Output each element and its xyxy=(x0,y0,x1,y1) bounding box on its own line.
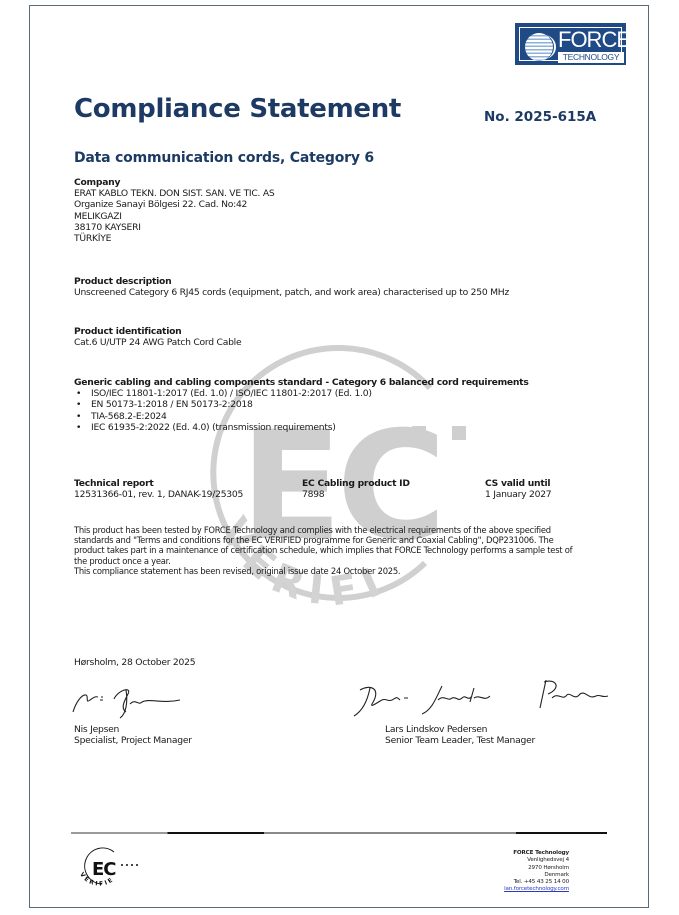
valid-until-value: 1 January 2027 xyxy=(485,489,551,500)
technical-report-label: Technical report xyxy=(74,478,243,489)
footer-street: Venlighedsvej 4 xyxy=(504,857,569,864)
signatory-title: Specialist, Project Manager xyxy=(74,735,192,746)
product-identification-label: Product identification xyxy=(74,326,241,337)
standard-item: EN 50173-1:2018 / EN 50173-2:2018 xyxy=(74,399,529,410)
technical-report-field: Technical report 12531366-01, rev. 1, DA… xyxy=(74,478,243,500)
product-description-value: Unscreened Category 6 RJ45 cords (equipm… xyxy=(74,287,509,298)
page-title: Compliance Statement xyxy=(74,94,401,124)
footer-country: Denmark xyxy=(504,872,569,879)
product-id-value: 7898 xyxy=(302,489,410,500)
company-line: MELIKGAZI xyxy=(74,211,275,222)
footer-address: FORCE Technology Venlighedsvej 4 2970 Hø… xyxy=(504,850,569,894)
standards-label: Generic cabling and cabling components s… xyxy=(74,377,529,388)
ec-verified-badge: EC VERIFIED xyxy=(70,844,170,894)
footer-company: FORCE Technology xyxy=(504,850,569,857)
revision-note: This compliance statement has been revis… xyxy=(74,566,572,576)
product-description-label: Product description xyxy=(74,276,509,287)
product-identification-value: Cat.6 U/UTP 24 AWG Patch Cord Cable xyxy=(74,337,241,348)
signatory-1: Nis Jepsen Specialist, Project Manager xyxy=(74,724,192,746)
footer-email-link[interactable]: lan.forcetechnology.com xyxy=(504,886,569,893)
svg-text:EC: EC xyxy=(92,859,116,880)
page-subtitle: Data communication cords, Category 6 xyxy=(74,149,374,167)
signatory-2: Lars Lindskov Pedersen Senior Team Leade… xyxy=(385,724,535,746)
signatory-name: Lars Lindskov Pedersen xyxy=(385,724,535,735)
product-id-label: EC Cabling product ID xyxy=(302,478,410,489)
signature-nis-jepsen xyxy=(70,682,210,722)
footer-city: 2970 Hørsholm xyxy=(504,865,569,872)
signatory-name: Nis Jepsen xyxy=(74,724,192,735)
standards-section: Generic cabling and cabling components s… xyxy=(74,377,529,433)
footer-divider xyxy=(71,832,607,834)
force-technology-logo: FORCE TECHNOLOGY xyxy=(515,23,626,65)
standard-item: IEC 61935-2:2022 (Ed. 4.0) (transmission… xyxy=(74,422,529,433)
signatory-title: Senior Team Leader, Test Manager xyxy=(385,735,535,746)
standards-list: ISO/IEC 11801-1:2017 (Ed. 1.0) / ISO/IEC… xyxy=(74,388,529,433)
signature-lars-lindskov-pedersen xyxy=(350,676,610,726)
company-label: Company xyxy=(74,177,275,188)
product-identification-section: Product identification Cat.6 U/UTP 24 AW… xyxy=(74,326,241,348)
valid-until-label: CS valid until xyxy=(485,478,551,489)
company-line: TÜRKİYE xyxy=(74,233,275,244)
valid-until-field: CS valid until 1 January 2027 xyxy=(485,478,551,500)
product-id-field: EC Cabling product ID 7898 xyxy=(302,478,410,500)
footer-phone: Tel. +45 43 25 14 00 xyxy=(504,879,569,886)
standard-item: ISO/IEC 11801-1:2017 (Ed. 1.0) / ISO/IEC… xyxy=(74,388,529,399)
statement-number: No. 2025-615A xyxy=(484,109,596,125)
standard-item: TIA-568.2-E:2024 xyxy=(74,411,529,422)
company-line: 38170 KAYSERI xyxy=(74,222,275,233)
statement-line: This product has been tested by FORCE Te… xyxy=(74,525,572,535)
statement-line: standards and "Terms and conditions for … xyxy=(74,535,572,545)
compliance-statement-page: FORCE TECHNOLOGY EC VERIFIED Compliance … xyxy=(29,5,649,908)
company-line: ERAT KABLO TEKN. DON SIST. SAN. VE TIC. … xyxy=(74,188,275,199)
logo-subtitle: TECHNOLOGY xyxy=(558,52,624,63)
company-section: Company ERAT KABLO TEKN. DON SIST. SAN. … xyxy=(74,177,275,244)
statement-paragraph: This product has been tested by FORCE Te… xyxy=(74,525,572,576)
statement-line: product takes part in a maintenance of c… xyxy=(74,545,572,555)
logo-wordmark: FORCE xyxy=(558,28,630,52)
company-line: Organize Sanayi Bölgesi 22. Cad. No:42 xyxy=(74,199,275,210)
statement-line: the product once a year. xyxy=(74,556,572,566)
technical-report-value: 12531366-01, rev. 1, DANAK-19/25305 xyxy=(74,489,243,500)
place-date: Hørsholm, 28 October 2025 xyxy=(74,657,195,668)
product-description-section: Product description Unscreened Category … xyxy=(74,276,509,298)
globe-icon xyxy=(525,33,553,61)
